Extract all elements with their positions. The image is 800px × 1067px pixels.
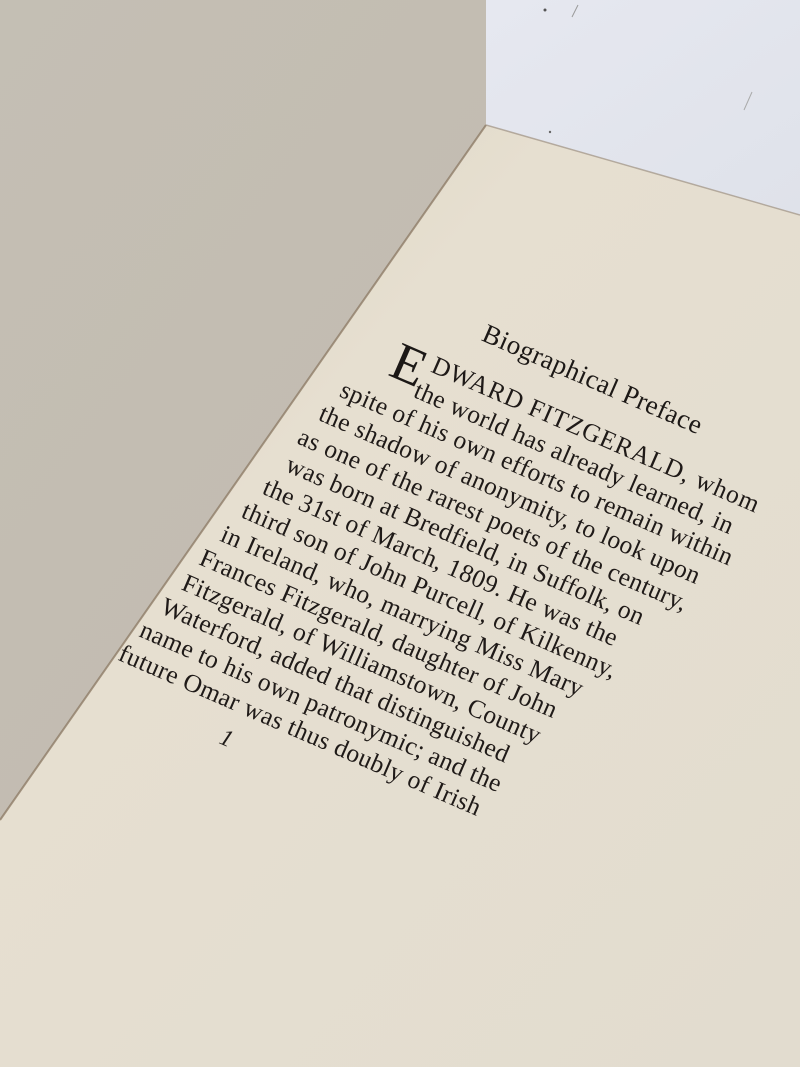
book-photo: Biographical Preface E DWARD FITZGERALD,… [0, 0, 800, 1067]
